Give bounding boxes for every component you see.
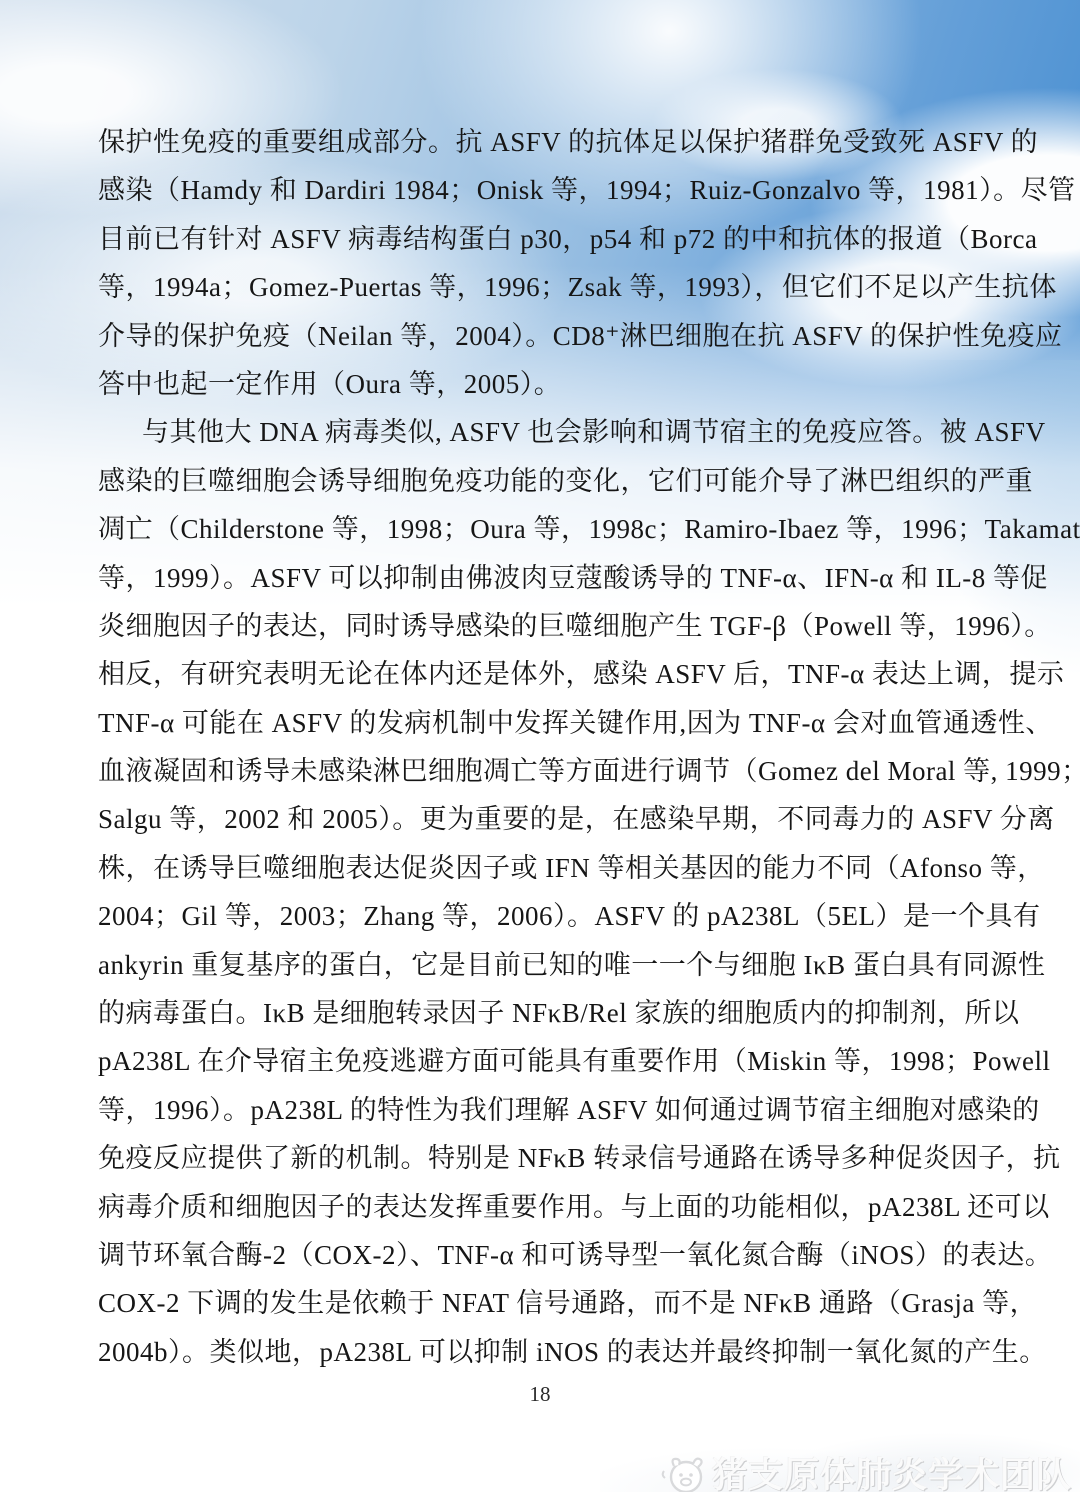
document-page: 保护性免疫的重要组成部分。抗 ASFV 的抗体足以保护猪群免受致死 ASFV 的…	[0, 0, 1080, 1492]
text-line: TNF-α 可能在 ASFV 的发病机制中发挥关键作用,因为 TNF-α 会对血…	[98, 699, 982, 747]
text-line: 2004；Gil 等，2003；Zhang 等，2006）。ASFV 的 pA2…	[98, 892, 982, 940]
text-line: 炎细胞因子的表达，同时诱导感染的巨噬细胞产生 TGF-β（Powell 等，19…	[98, 602, 982, 650]
text-line: 的病毒蛋白。IκB 是细胞转录因子 NFκB/Rel 家族的细胞质内的抑制剂，所…	[98, 989, 982, 1037]
text-line: 血液凝固和诱导未感染淋巴细胞凋亡等方面进行调节（Gomez del Moral …	[98, 747, 982, 795]
text-line: 调节环氧合酶-2（COX-2）、TNF-α 和可诱导型一氧化氮合酶（iNOS）的…	[98, 1231, 982, 1279]
text-line: 株，在诱导巨噬细胞表达促炎因子或 IFN 等相关基因的能力不同（Afonso 等…	[98, 844, 982, 892]
text-line: 等，1996）。pA238L 的特性为我们理解 ASFV 如何通过调节宿主细胞对…	[98, 1086, 982, 1134]
text-line: 感染的巨噬细胞会诱导细胞免疫功能的变化，它们可能介导了淋巴组织的严重	[98, 457, 982, 505]
text-line: ankyrin 重复基序的蛋白，它是目前已知的唯一一个与细胞 IκB 蛋白具有同…	[98, 941, 982, 989]
text-line: pA238L 在介导宿主免疫逃避方面可能具有重要作用（Miskin 等，1998…	[98, 1037, 982, 1085]
text-line: 保护性免疫的重要组成部分。抗 ASFV 的抗体足以保护猪群免受致死 ASFV 的	[98, 118, 982, 166]
text-line: 等，1999）。ASFV 可以抑制由佛波肉豆蔻酸诱导的 TNF-α、IFN-α …	[98, 554, 982, 602]
text-line: 答中也起一定作用（Oura 等，2005）。	[98, 360, 982, 408]
page-number: 18	[0, 1382, 1080, 1407]
text-line: 相反，有研究表明无论在体内还是体外，感染 ASFV 后，TNF-α 表达上调，提…	[98, 650, 982, 698]
text-line: 2004b）。类似地，pA238L 可以抑制 iNOS 的表达并最终抑制一氧化氮…	[98, 1328, 982, 1376]
text-line: 目前已有针对 ASFV 病毒结构蛋白 p30，p54 和 p72 的中和抗体的报…	[98, 215, 982, 263]
text-line: COX-2 下调的发生是依赖于 NFAT 信号通路，而不是 NFκB 通路（Gr…	[98, 1279, 982, 1327]
text-line: 病毒介质和细胞因子的表达发挥重要作用。与上面的功能相似，pA238L 还可以	[98, 1183, 982, 1231]
text-line: 与其他大 DNA 病毒类似, ASFV 也会影响和调节宿主的免疫应答。被 ASF…	[98, 408, 982, 456]
text-line: 感染（Hamdy 和 Dardiri 1984；Onisk 等，1994；Rui…	[98, 166, 982, 214]
text-line: 凋亡（Childerstone 等，1998；Oura 等，1998c；Rami…	[98, 505, 982, 553]
text-line: 免疫反应提供了新的机制。特别是 NFκB 转录信号通路在诱导多种促炎因子，抗	[98, 1134, 982, 1182]
text-line: 介导的保护免疫（Neilan 等，2004）。CD8⁺淋巴细胞在抗 ASFV 的…	[98, 312, 982, 360]
text-column: 保护性免疫的重要组成部分。抗 ASFV 的抗体足以保护猪群免受致死 ASFV 的…	[98, 118, 982, 1376]
text-line: 等，1994a；Gomez-Puertas 等，1996；Zsak 等，1993…	[98, 263, 982, 311]
text-line: Salgu 等，2002 和 2005）。更为重要的是，在感染早期，不同毒力的 …	[98, 795, 982, 843]
